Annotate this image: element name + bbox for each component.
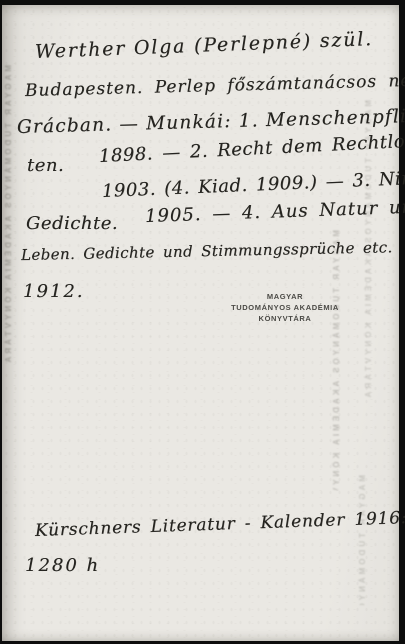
stamp-line: TUDOMÁNYOS AKADÉMIA xyxy=(230,303,340,314)
handwritten-line-year: 1912. xyxy=(23,281,85,302)
scanned-page: MAGYAR TUDOMÁNYOS AKADÉMIA KÖNYVTÁRA MAG… xyxy=(0,0,405,644)
handwritten-line-reference-number: 1280 h xyxy=(25,555,100,576)
showthrough-text-right-middle: MAGYAR TUDOMÁNYOS AKADÉMIA KÖNYVTÁRA xyxy=(332,230,341,490)
paper: MAGYAR TUDOMÁNYOS AKADÉMIA KÖNYVTÁRA MAG… xyxy=(2,5,399,641)
stamp-line: KÖNYVTÁRA xyxy=(230,314,340,325)
handwritten-line-reference: Kürschners Literatur - Kalender 1916: xyxy=(35,508,405,541)
handwritten-line: ten. xyxy=(27,155,64,176)
handwritten-line: Gedichte. xyxy=(26,213,118,234)
handwritten-line: 1905. — 4. Aus Natur und xyxy=(145,196,405,227)
handwritten-line: Budapesten. Perlep főszámtanácsos neje xyxy=(25,70,405,101)
stamp-line: MAGYAR xyxy=(230,292,340,303)
handwritten-line-author: Werther Olga (Perlepné) szül. xyxy=(35,28,374,63)
showthrough-text-left: MAGYAR TUDOMÁNYOS AKADÉMIA KÖNYVTÁRA xyxy=(4,65,13,565)
showthrough-text-bottom-right: MAGYAR TUDOMÁNYOS AKADÉMIA KÖNYVTÁRA xyxy=(358,475,367,605)
handwritten-line: Leben. Gedichte und Stimmungssprüche etc… xyxy=(21,238,393,264)
handwritten-line: 1903. (4. Kiad. 1909.) — 3. Nirvana. xyxy=(102,166,405,202)
library-stamp: MAGYAR TUDOMÁNYOS AKADÉMIA KÖNYVTÁRA xyxy=(230,292,340,325)
handwritten-line: 1898. — 2. Recht dem Rechtlosen. xyxy=(98,129,405,167)
